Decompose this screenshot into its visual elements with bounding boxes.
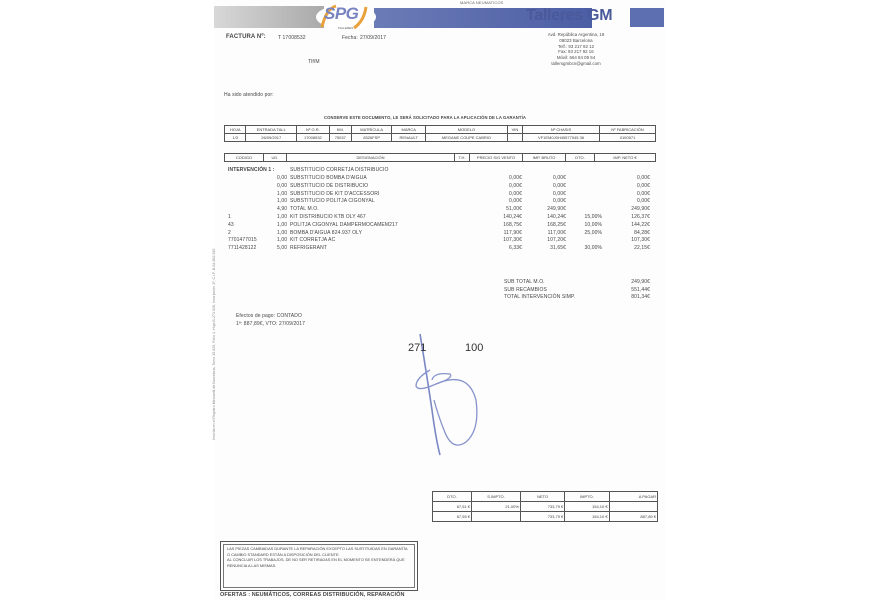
subtotal-label: SUB TOTAL M.O. [504,279,545,285]
vehicle-value-cell [507,134,522,142]
overlay-label-b: 100 [465,342,483,354]
address-line: tallersgmbcn@gmail.com [530,61,622,67]
subtotal-value: 551,44€ [631,287,650,293]
subtotal-value: 249,90€ [631,279,650,285]
vehicle-header-cell: MATRÍCULA [351,126,392,134]
item-gross: 31,65€ [550,245,566,251]
item-description: SUBSTITUCIO DE KIT D'ACCESSORI [290,191,379,197]
warranty-notice: CONSERVE ESTE DOCUMENTO, LE SERÁ SOLICIT… [324,115,526,120]
subtotal-label: TOTAL INTERVENCIÓN SIMP. [504,294,575,300]
item-discount: 10,00% [584,222,602,228]
item-gross: 140,24€ [547,214,566,220]
item-description: TOTAL M.O. [290,206,319,212]
item-discount: 30,00% [584,245,602,251]
item-quantity: 1,00 [277,222,287,228]
totals-table: DTO. S.IMPTO. NETO IMPTO. A PAGAR 67,51 … [432,491,658,522]
item-gross: 0,00€ [553,183,566,189]
item-gross: 117,00€ [548,230,566,236]
vehicle-value-row: 1/3 26/09/2017 17008532 75037 8326FSP RE… [225,134,656,142]
items-header-cell: T.H. [455,154,470,162]
vehicle-header-cell: KM. [329,126,351,134]
item-price: 140,24€ [503,214,522,220]
item-gross: 107,20€ [547,237,566,243]
item-description: KIT CORRETJA AC [290,237,335,243]
totals-header-cell: NETO [520,492,564,502]
registry-side-text: Inscrita en el Registro Mercantil de Bar… [212,180,216,440]
vehicle-header-cell: Nº O.R. [297,126,330,134]
totals-header-cell: IMPTO. [565,492,609,502]
notice-line: Al concluir los trabajos, de no ser reti… [227,557,411,568]
item-code: 2 [228,230,231,236]
item-description: BOMBA D'AIGUA 824.937 OLY [290,230,362,236]
totals-header-cell: DTO. [433,492,472,502]
vehicle-header-cell: MARCA [392,126,426,134]
item-net: 84,28€ [634,230,650,236]
item-net: 249,90€ [631,206,650,212]
logo-text: SPG [324,4,358,24]
payment-method: Efectos de pago: CONTADO [236,313,302,319]
payment-due: 1ª: 887,89€, VTO: 27/09/2017 [236,321,305,327]
vehicle-header-row: HOJA ENTRADA TALL Nº O.R. KM. MATRÍCULA … [225,126,656,134]
item-gross: 168,25€ [547,222,566,228]
item-price: 107,30€ [503,237,522,243]
item-gross: 0,00€ [553,191,566,197]
totals-cell: 67,51 € [433,502,472,512]
vehicle-value-cell: 0100571 [600,134,656,142]
items-header-cell: IMP. NETO € [595,154,656,162]
brand-name: Talleres GM [526,7,612,25]
item-quantity: 0,00 [277,175,287,181]
item-price: 0,00€ [509,183,522,189]
date-label: Fecha: [342,35,358,41]
totals-cell: 154,10 € [565,512,609,522]
invoice-number-label: FACTURA Nº: [226,34,266,40]
subtotal-label: SUB RECAMBIOS [504,287,547,293]
item-net: 0,00€ [637,183,650,189]
item-price: 0,00€ [509,175,522,181]
header-gray-bar [214,6,324,28]
items-header-cell: DESIGNACIÓN [287,154,455,162]
item-quantity: 1,00 [277,237,287,243]
item-code: 7711428122 [228,245,256,251]
totals-row: 67,55 € 733,79 € 154,10 € 887,89 € [433,512,658,522]
item-gross: 249,90€ [547,206,566,212]
item-price: 0,00€ [509,198,522,204]
totals-cell: 67,55 € [433,512,472,522]
intervention-title: SUBSTITUCIO CORRETJA DISTRIBUCIO [290,167,389,173]
item-quantity: 1,00 [277,214,287,220]
item-description: SUBSTITUCIO BOMBA D'AIGUA [290,175,367,181]
item-description: KIT DISTRIBUCIO KTB OLY 467 [290,214,366,220]
item-net: 107,30€ [631,237,650,243]
vehicle-header-cell: MODELO [426,126,508,134]
totals-cell: 154,10 € [565,502,609,512]
overlay-label-a: 271 [408,342,426,354]
totals-header-row: DTO. S.IMPTO. NETO IMPTO. A PAGAR [433,492,658,502]
items-header-table: CODIGO UD. DESIGNACIÓN T.H. PRECIO S/G V… [224,153,656,162]
logo-subtitle: TALLERES [338,26,353,30]
offers-line: OFERTAS : NEUMÁTICOS, CORREAS DISTRIBUCI… [220,592,405,598]
vehicle-value-cell: 75037 [329,134,351,142]
item-discount: 15,00% [584,214,602,220]
totals-cell: 887,89 € [609,512,657,522]
top-faint-text: MARCA NEUMATICOS [460,0,503,5]
vehicle-value-cell: 8326FSP [351,134,392,142]
items-header-cell: PRECIO S/G VENTO [470,154,523,162]
item-net: 144,22€ [631,222,650,228]
item-net: 22,15€ [634,245,650,251]
items-header-cell: IMP. BRUTO [523,154,566,162]
item-price: 0,00€ [509,191,522,197]
item-net: 0,00€ [637,191,650,197]
footer-notice-box: Las piezas cambiadas durante la reparaci… [220,541,418,591]
vehicle-header-cell: VIN [507,126,522,134]
items-header-cell: DTO. [566,154,595,162]
item-discount: 25,00% [584,230,602,236]
items-header-cell: UD. [264,154,287,162]
vehicle-header-cell: Nº FABRICACIÓN [600,126,656,134]
intervention-label: INTERVENCIÓN 1 : [228,167,275,173]
item-gross: 0,00€ [553,198,566,204]
item-code: 43 [228,222,234,228]
item-quantity: 1,00 [277,191,287,197]
item-quantity: 1,00 [277,230,287,236]
item-code: 1 [228,214,231,220]
attended-by-label: Ha sido atendido por: [224,92,274,98]
totals-header-cell: S.IMPTO. [472,492,521,502]
item-quantity: 0,00 [277,183,287,189]
vehicle-value-cell: RENAULT [392,134,426,142]
vehicle-value-cell: VF1EM0J0H45577045 36 [523,134,600,142]
totals-cell: 733,79 € [520,502,564,512]
totals-row: 67,51 € 21,00% 733,79 € 154,10 € [433,502,658,512]
vehicle-value-cell: 26/09/2017 [246,134,297,142]
subtotal-value: 801,34€ [631,294,650,300]
item-gross: 0,00€ [553,175,566,181]
totals-cell: 733,79 € [520,512,564,522]
totals-cell [472,512,521,522]
vehicle-table: HOJA ENTRADA TALL Nº O.R. KM. MATRÍCULA … [224,125,656,142]
company-address: Avd. República Argentina, 19 08023 Barce… [530,32,622,67]
item-price: 168,75€ [503,222,522,228]
item-description: REFRIGERANT [290,245,327,251]
item-description: POLITJA CIGONYAL DAMPERMOCAMEM217 [290,222,398,228]
item-description: SUBSTITUCIO DE DISTRIBUCIO [290,183,368,189]
item-price: 117,90€ [504,230,522,236]
item-net: 126,37€ [631,214,650,220]
item-price: 6,33€ [509,245,522,251]
item-price: 51,00€ [506,206,522,212]
invoice-page: MARCA NEUMATICOS SPG TALLERES Talleres G… [214,0,666,600]
invoice-number: T 17008532 [278,35,306,41]
item-quantity: 1,00 [277,198,287,204]
totals-header-cell: A PAGAR [609,492,657,502]
vehicle-header-cell: ENTRADA TALL [246,126,297,134]
item-code: 7701477015 [228,237,257,243]
items-header-cell: CODIGO [225,154,264,162]
phone-label: Tlf/M [308,59,320,65]
footer-notice: Las piezas cambiadas durante la reparaci… [223,544,415,588]
vehicle-value-cell: 17008532 [297,134,330,142]
vehicle-header-cell: Nº CHASIS [523,126,600,134]
vehicle-value-cell: MEGANE COUPE CABRIO [426,134,508,142]
notice-line: Las piezas cambiadas durante la reparaci… [227,546,411,557]
item-quantity: 5,00 [277,245,287,251]
totals-cell [609,502,657,512]
item-description: SUBSTITUCIO POLITJA CIGONYAL [290,198,375,204]
items-header-row: CODIGO UD. DESIGNACIÓN T.H. PRECIO S/G V… [225,154,656,162]
item-net: 0,00€ [637,198,650,204]
header-blue-block [630,8,664,27]
totals-cell: 21,00% [472,502,521,512]
invoice-date: 27/09/2017 [360,35,386,41]
vehicle-header-cell: HOJA [225,126,246,134]
vehicle-value-cell: 1/3 [225,134,246,142]
item-quantity: 4,90 [277,206,287,212]
item-net: 0,00€ [637,175,650,181]
